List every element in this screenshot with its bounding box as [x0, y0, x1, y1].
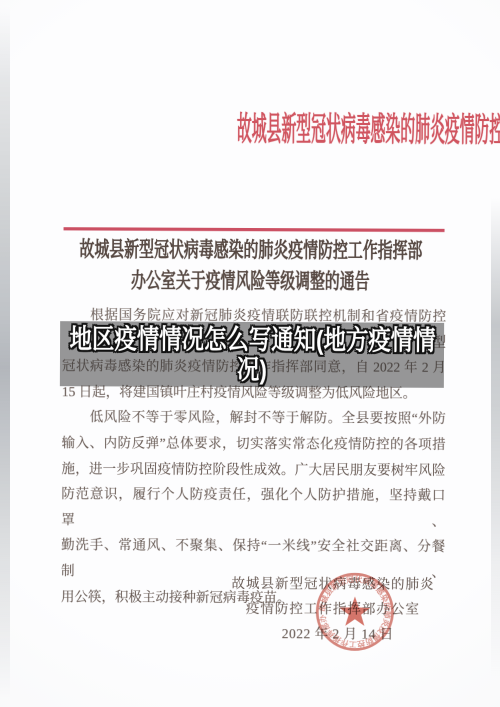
red-separator-rule: [64, 227, 445, 231]
notice-title-line2: 办公室关于疫情风险等级调整的通告: [0, 265, 500, 298]
document-photo: 故城县新型冠状病毒感染的肺炎疫情防控工作指挥部办公室 故城县新型冠状病毒感染的肺…: [0, 0, 500, 707]
notice-title-line1: 故城县新型冠状病毒感染的肺炎疫情防控工作指挥部: [0, 234, 500, 267]
body-line: 防范意识，履行个人防疫责任，强化个人防护措施，坚持戴口罩、: [61, 481, 445, 534]
caption-line1: 地区疫情情况怎么写通知(地方疫情情: [69, 324, 435, 356]
seal-star-icon: [339, 596, 370, 626]
body-line: 低风险不等于零风险，解封不等于解防。全县要按照“外防: [62, 405, 446, 432]
body-line: 施，进一步巩固疫情防控阶段性成效。广大居民朋友要树牢风险: [61, 456, 445, 483]
notice-title: 故城县新型冠状病毒感染的肺炎疫情防控工作指挥部 办公室关于疫情风险等级调整的通告: [0, 234, 500, 298]
letterhead-title: 故城县新型冠状病毒感染的肺炎疫情防控工作指挥部办公室: [1, 102, 500, 151]
letterhead-title-text: 故城县新型冠状病毒感染的肺炎疫情防控工作指挥部办公室: [237, 103, 500, 152]
caption-line2: 况): [237, 354, 267, 384]
document-sheet: 故城县新型冠状病毒感染的肺炎疫情防控工作指挥部办公室 故城县新型冠状病毒感染的肺…: [0, 0, 500, 707]
caption-overlay-band: 地区疫情情况怎么写通知(地方疫情情 况): [60, 321, 444, 388]
official-seal: 故城县新型冠状病毒感染的肺炎疫情防控工作指挥部办公室: [308, 560, 402, 661]
body-line: 输入、内防反弹”总体要求，切实落实常态化疫情防控的各项措: [62, 430, 446, 457]
